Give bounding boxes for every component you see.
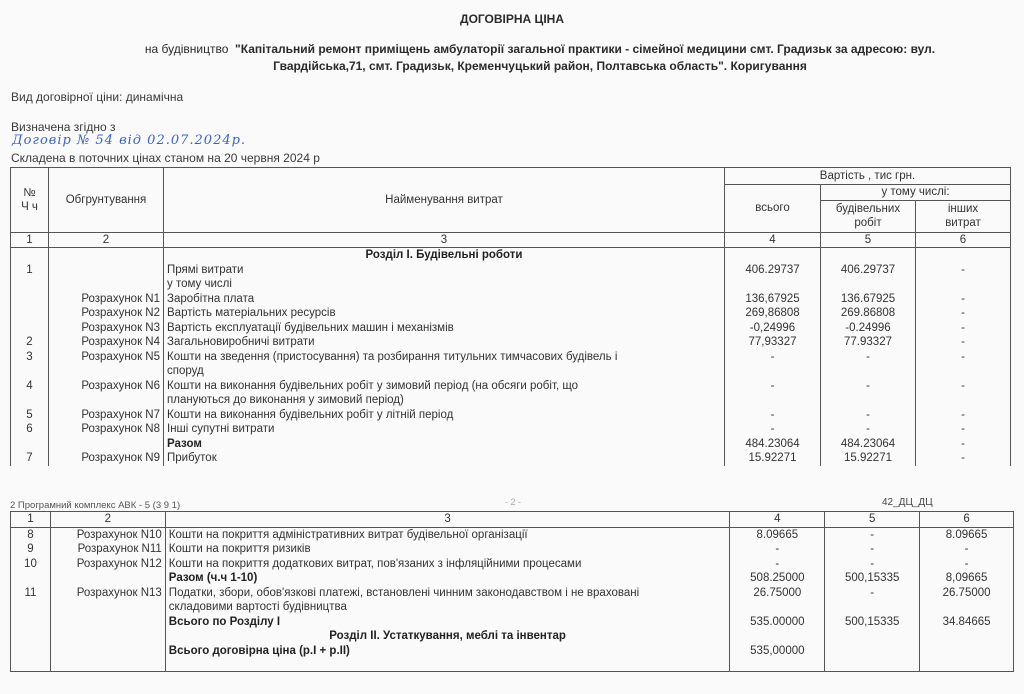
row-construction: - [825,542,920,557]
row-construction: 406.29737 [821,263,916,292]
price-type-label: Вид договірної ціни: динамічна [11,90,183,104]
table-row: 8Розрахунок N10Кошти на покриття адмініс… [11,527,1014,542]
row-number: 10 [11,557,51,572]
compiled-label: Складена в поточних цінах станом на 20 ч… [11,151,320,165]
subtitle-line2: Гвардійська,71, смт. Градизьк, Кременчуц… [273,59,807,73]
row-total: 508.25000 [730,571,825,586]
row-name: Прямі витрати у тому числі [164,263,725,292]
row-number [11,615,51,630]
row-basis: Розрахунок N11 [50,542,165,557]
row-basis [49,437,164,452]
row-construction: 136.67925 [821,292,916,307]
row-number: 7 [11,451,49,466]
table-row: 9Розрахунок N11Кошти на покриття ризиків… [11,542,1014,557]
row-construction: - [825,527,920,542]
table-row: 5Розрахунок N7Кошти на виконання будівел… [11,408,1011,423]
row-total: 535.00000 [730,615,825,630]
row-name: Кошти на виконання будівельних робіт у л… [164,408,725,423]
row-name: Разом (ч.ч 1-10) [165,571,730,586]
cost-table-page2: 1 2 3 4 5 6 8Розрахунок N10Кошти на покр… [10,511,1014,672]
row-total: - [725,379,821,408]
table-row: 1Прямі витрати у тому числі406.29737406.… [11,263,1011,292]
row-construction: 77.93327 [821,335,916,350]
row-construction: -0.24996 [821,321,916,336]
row-number [11,571,51,586]
row-total: - [725,422,821,437]
table-row: Разом (ч.ч 1-10)508.25000500,153358,0966… [11,571,1014,586]
row-other: - [920,542,1014,557]
handwritten-note: Договір № 54 від 02.07.2024р. [12,133,246,148]
table-row: 6Розрахунок N8Інші супутні витрати--- [11,422,1011,437]
row-other: - [916,422,1011,437]
row-basis: Розрахунок N1 [49,292,164,307]
row-number [11,306,49,321]
row-name: Прибуток [164,451,725,466]
document-title: ДОГОВІРНА ЦІНА [0,12,1024,26]
row-name: Загальновиробничі витрати [164,335,725,350]
row-name: Вартість матеріальних ресурсів [164,306,725,321]
row-total: 8.09665 [730,527,825,542]
header-including: у тому числі: [821,185,1011,201]
row-name: Кошти на покриття адміністративних витра… [165,527,730,542]
table-row: 2Розрахунок N4Загальновиробничі витрати7… [11,335,1011,350]
row-other: - [916,350,1011,379]
row-basis: Розрахунок N3 [49,321,164,336]
index-row-page2: 1 2 3 4 5 6 [11,512,1014,528]
row-basis: Розрахунок N12 [50,557,165,572]
subtitle-prefix: на будівництво [145,42,229,56]
determined-label: Визначена згідно з [11,120,116,134]
row-number [11,292,49,307]
header-no: №Ч ч [11,168,49,233]
row-other: - [916,306,1011,321]
row-construction: 269.86808 [821,306,916,321]
footer-code: 42_ДЦ_ДЦ [882,497,933,508]
header-other: іншихвитрат [916,200,1011,232]
row-other: 34.84665 [920,615,1014,630]
row-number: 1 [11,263,49,292]
row-other: - [920,557,1014,572]
row-total: 15.92271 [725,451,821,466]
row-basis: Розрахунок N13 [50,586,165,615]
table-row: Всього по Розділу I535.00000500,1533534.… [11,615,1014,630]
index-row: 1 2 3 4 5 6 [11,232,1011,248]
row-number: 8 [11,527,51,542]
row-other: - [916,263,1011,292]
row-other: - [916,451,1011,466]
document-subtitle: на будівництво "Капітальний ремонт примі… [60,41,1020,75]
row-total: 406.29737 [725,263,821,292]
row-basis: Розрахунок N10 [50,527,165,542]
row-construction: 500,15335 [825,615,920,630]
row-number: 9 [11,542,51,557]
row-basis: Розрахунок N9 [49,451,164,466]
footer-software: 2 Програмний комплекс АВК - 5 (3 9 1) [10,500,180,511]
row-name: Кошти на виконання будівельних робіт у з… [164,379,725,408]
row-other: - [916,335,1011,350]
row-name: Інші супутні витрати [164,422,725,437]
row-other: 26.75000 [920,586,1014,615]
row-total: - [730,557,825,572]
cost-table-page1: №Ч ч Обгрунтування Найменування витрат В… [10,167,1011,466]
row-number: 4 [11,379,49,408]
footer-page-number: - 2 - [505,497,521,507]
row-other: - [916,408,1011,423]
row-basis: Розрахунок N6 [49,379,164,408]
row-basis: Розрахунок N7 [49,408,164,423]
row-other: - [916,437,1011,452]
row-construction: 500,15335 [825,571,920,586]
row-total: - [725,350,821,379]
row-construction: - [821,350,916,379]
table-row: 7Розрахунок N9Прибуток15.9227115.92271- [11,451,1011,466]
header-construction: будівельнихробіт [821,200,916,232]
row-total: 269,86808 [725,306,821,321]
row-basis [50,571,165,586]
row-name: Кошти на покриття ризиків [165,542,730,557]
row-name: Заробітна плата [164,292,725,307]
row-other: 8.09665 [920,527,1014,542]
row-construction: 15.92271 [821,451,916,466]
row-number [11,437,49,452]
table-row: 10Розрахунок N12Кошти на покриття додатк… [11,557,1014,572]
row-number: 5 [11,408,49,423]
row-total: 484.23064 [725,437,821,452]
row-name: Податки, збори, обов'язкові платежі, вст… [165,586,730,615]
section1-title: Розділ I. Будівельні роботи [164,248,725,263]
row-construction: - [821,379,916,408]
row-construction: - [821,422,916,437]
row-construction: - [825,586,920,615]
row-name: Кошти на покриття додаткових витрат, пов… [165,557,730,572]
row-construction: - [825,557,920,572]
row-construction: 484.23064 [821,437,916,452]
table-row: Розрахунок N1Заробітна плата136,67925136… [11,292,1011,307]
row-number [11,321,49,336]
row-name: Разом [164,437,725,452]
row-number: 11 [11,586,51,615]
table-row: Разом484.23064484.23064- [11,437,1011,452]
grand-total-value: 535,00000 [730,644,825,672]
row-other: - [916,379,1011,408]
header-total: всього [725,185,821,233]
row-total: 26.75000 [730,586,825,615]
section2-title: Розділ II. Устаткування, меблі та інвент… [165,629,730,644]
row-number: 6 [11,422,49,437]
header-name: Найменування витрат [164,168,725,233]
row-total: - [730,542,825,557]
row-basis [49,263,164,292]
header-cost-group: Вартість , тис грн. [725,168,1011,185]
row-number: 3 [11,350,49,379]
header-basis: Обгрунтування [49,168,164,233]
row-other: - [916,321,1011,336]
grand-total-label: Всього договірна ціна (р.I + р.II) [165,644,730,672]
row-total: -0,24996 [725,321,821,336]
row-basis [50,615,165,630]
row-name: Вартість експлуатації будівельних машин … [164,321,725,336]
row-total: 136,67925 [725,292,821,307]
subtitle-line1: "Капітальний ремонт приміщень амбулаторі… [235,42,935,56]
row-other: 8,09665 [920,571,1014,586]
table-row: 11Розрахунок N13Податки, збори, обов'язк… [11,586,1014,615]
row-basis: Розрахунок N8 [49,422,164,437]
row-total: - [725,408,821,423]
table-row: 4Розрахунок N6Кошти на виконання будівел… [11,379,1011,408]
row-basis: Розрахунок N5 [49,350,164,379]
row-other: - [916,292,1011,307]
row-total: 77,93327 [725,335,821,350]
table-row: Розрахунок N3Вартість експлуатації будів… [11,321,1011,336]
row-name: Кошти на зведення (пристосування) та роз… [164,350,725,379]
row-basis: Розрахунок N2 [49,306,164,321]
row-name: Всього по Розділу I [165,615,730,630]
row-basis: Розрахунок N4 [49,335,164,350]
row-construction: - [821,408,916,423]
table-row: 3Розрахунок N5Кошти на зведення (пристос… [11,350,1011,379]
row-number: 2 [11,335,49,350]
table-row: Розрахунок N2Вартість матеріальних ресур… [11,306,1011,321]
